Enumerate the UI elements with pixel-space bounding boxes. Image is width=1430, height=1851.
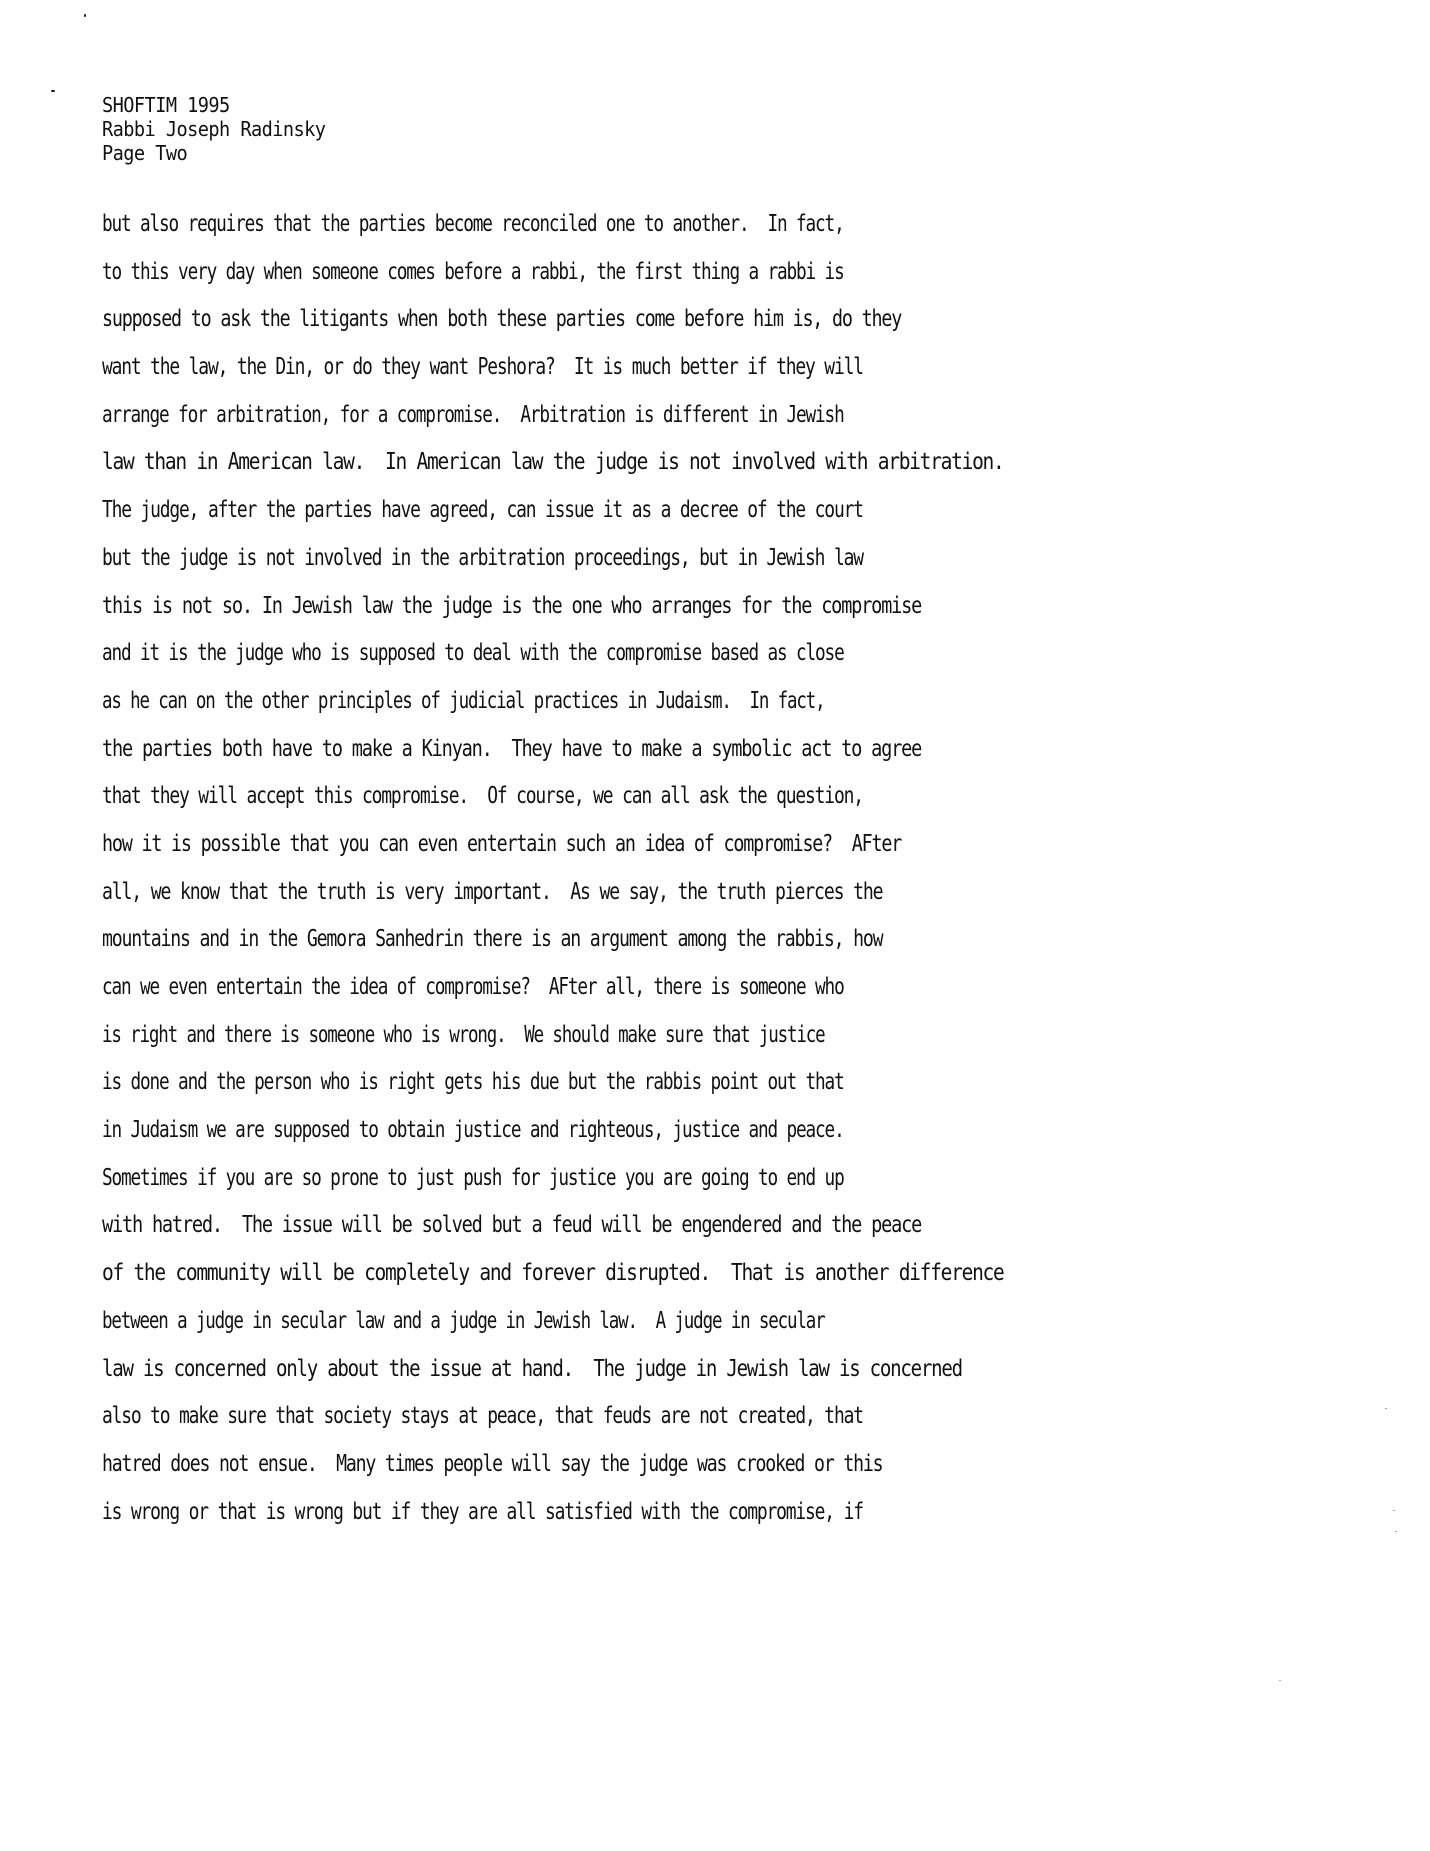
header-title: SHOFTIM 1995 [102, 93, 325, 117]
text-line: is done and the person who is right gets… [102, 1059, 988, 1107]
text-line: the parties both have to make a Kinyan. … [102, 726, 1032, 774]
text-line: is right and there is someone who is wro… [102, 1012, 976, 1060]
text-line: of the community will be completely and … [102, 1250, 1078, 1298]
text-line: in Judaism we are supposed to obtain jus… [102, 1107, 988, 1155]
text-line: that they will accept this compromise. O… [102, 773, 999, 821]
text-line: this is not so. In Jewish law the judge … [102, 583, 1032, 631]
document-page: SHOFTIM 1995 Rabbi Joseph Radinsky Page … [0, 0, 1430, 1851]
text-line: and it is the judge who is supposed to d… [102, 630, 988, 678]
text-line: mountains and in the Gemora Sanhedrin th… [102, 916, 1011, 964]
text-line: want the law, the Din, or do they want P… [102, 344, 999, 392]
header-page-label: Page Two [102, 141, 325, 165]
scan-speck [1279, 1680, 1281, 1681]
text-line: law is concerned only about the issue at… [102, 1346, 1055, 1394]
text-line: how it is possible that you can even ent… [102, 821, 1021, 869]
document-body: but also requires that the parties becom… [102, 201, 1252, 1536]
header-author: Rabbi Joseph Radinsky [102, 117, 325, 141]
text-line: arrange for arbitration, for a compromis… [102, 392, 988, 440]
text-line: supposed to ask the litigants when both … [102, 296, 1021, 344]
text-line: law than in American law. In American la… [102, 439, 1078, 487]
text-line: all, we know that the truth is very impo… [102, 869, 1011, 917]
text-line: but also requires that the parties becom… [102, 201, 988, 249]
text-line: to this very day when someone comes befo… [102, 249, 988, 297]
scan-speck [84, 14, 86, 17]
text-line: as he can on the other principles of jud… [102, 678, 976, 726]
text-line: but the judge is not involved in the arb… [102, 535, 999, 583]
scan-speck [1395, 1531, 1397, 1532]
text-line: with hatred. The issue will be solved bu… [102, 1202, 1032, 1250]
text-line: Sometimes if you are so prone to just pu… [102, 1155, 988, 1203]
text-line: also to make sure that society stays at … [102, 1393, 999, 1441]
text-line: is wrong or that is wrong but if they ar… [102, 1489, 999, 1537]
text-line: hatred does not ensue. Many times people… [102, 1441, 1011, 1489]
scan-speck [51, 90, 55, 92]
scan-speck [1393, 1510, 1395, 1511]
text-line: between a judge in secular law and a jud… [102, 1298, 976, 1346]
text-line: can we even entertain the idea of compro… [102, 964, 988, 1012]
text-line: The judge, after the parties have agreed… [102, 487, 999, 535]
scan-speck [1385, 1408, 1387, 1409]
document-header: SHOFTIM 1995 Rabbi Joseph Radinsky Page … [102, 93, 325, 165]
